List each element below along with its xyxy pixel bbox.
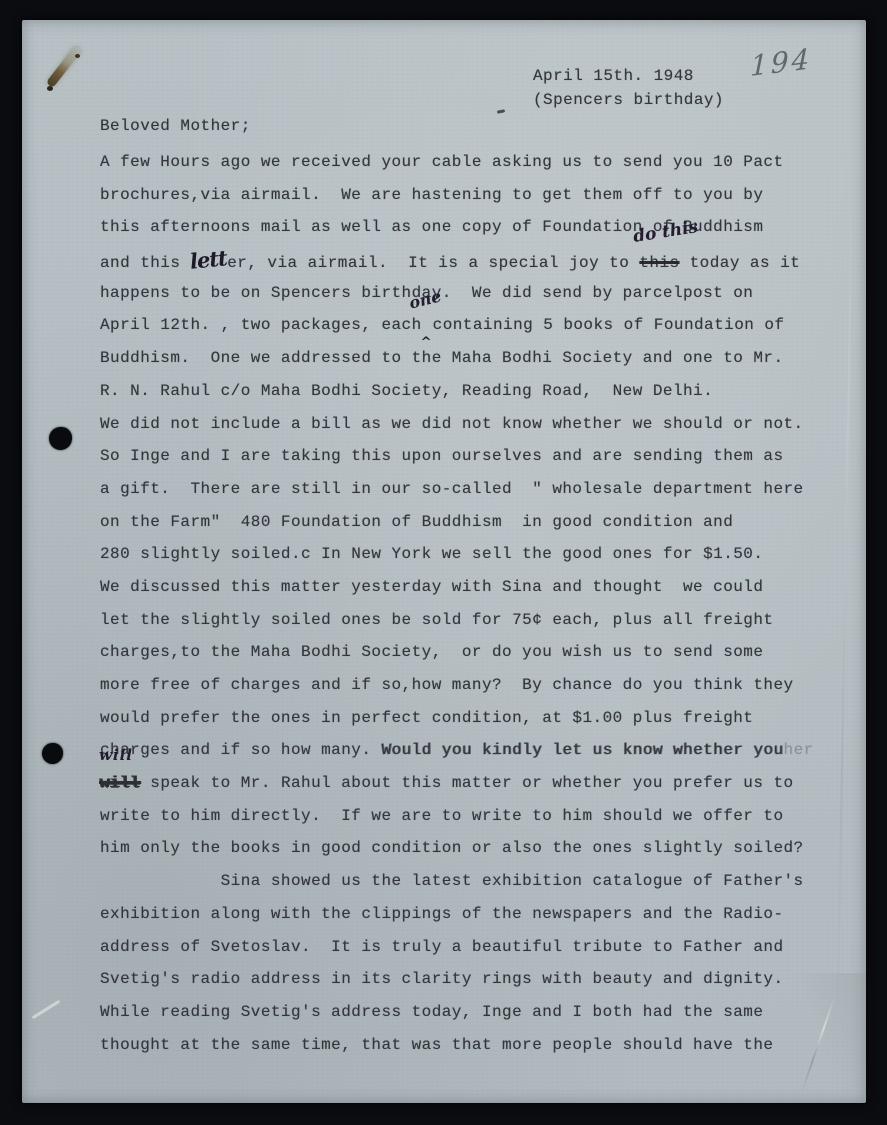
date-block: April 15th. 1948 (Spencers birthday): [533, 64, 724, 112]
page-number: 194: [750, 42, 813, 83]
letter-line: brochures,via airmail. We are hastening …: [100, 179, 814, 212]
letter-line: address of Svetoslav. It is truly a beau…: [100, 931, 814, 964]
letter-line: We discussed this matter yesterday with …: [100, 571, 814, 604]
letter-line: and this letter, via airmail. It is a sp…: [100, 244, 814, 277]
letter-line: Buddhism. One we addressed to the Maha B…: [100, 342, 814, 375]
letter-line: April 12th. , two packages, each^onecont…: [100, 309, 814, 342]
letter-line: him only the books in good condition or …: [100, 832, 814, 865]
letter-line: this afternoons mail as well as one copy…: [100, 211, 814, 244]
letter-line: exhibition along with the clippings of t…: [100, 898, 814, 931]
date-note: (Spencers birthday): [533, 88, 724, 112]
smudged-typed-segment: Would you kindly let us know whether you: [381, 741, 783, 759]
typed-segment: charges and if so how many.: [100, 741, 381, 759]
letter-paper: 194 April 15th. 1948 (Spencers birthday)…: [22, 20, 866, 1103]
letter-line: a gift. There are still in our so-called…: [100, 473, 814, 506]
typed-segment: er, via airmail. It is a special joy to: [227, 254, 639, 272]
letter-line: charges,to the Maha Bodhi Society, or do…: [100, 636, 814, 669]
letter-line: happens to be on Spencers birthday. We d…: [100, 277, 814, 310]
typed-segment: containing 5 books of Foundation of: [433, 316, 785, 334]
scratch-mark: [32, 1000, 61, 1020]
struck-word: this: [639, 254, 679, 272]
letter-line: willwill speak to Mr. Rahul about this m…: [100, 767, 814, 800]
letter-line: A few Hours ago we received your cable a…: [100, 146, 814, 179]
letter-line: Sina showed us the latest exhibition cat…: [100, 865, 814, 898]
letter-line: more free of charges and if so,how many?…: [100, 669, 814, 702]
salutation: Beloved Mother;: [100, 116, 251, 136]
typed-segment: today as it: [680, 254, 801, 272]
letter-body: A few Hours ago we received your cable a…: [100, 146, 814, 1061]
letter-line: 280 slightly soiled.c In New York we sel…: [100, 538, 814, 571]
letter-line: on the Farm" 480 Foundation of Buddhism …: [100, 506, 814, 539]
hole-punch: [49, 427, 72, 450]
date-line: April 15th. 1948: [533, 64, 724, 88]
letter-line: write to him directly. If we are to writ…: [100, 800, 814, 833]
handwritten-correction: will: [99, 748, 133, 763]
letter-line: charges and if so how many. Would you ki…: [100, 734, 814, 767]
letter-line: R. N. Rahul c/o Maha Bodhi Society, Read…: [100, 375, 814, 408]
ghost-typed-segment: her: [784, 741, 814, 759]
stain-mark: [46, 45, 83, 88]
letter-line: thought at the same time, that was that …: [100, 1029, 814, 1062]
hole-punch: [42, 743, 63, 764]
typed-segment: April 12th. , two packages, each: [100, 316, 422, 334]
letter-line: would prefer the ones in perfect conditi…: [100, 702, 814, 735]
scanned-letter-page: 194 April 15th. 1948 (Spencers birthday)…: [0, 0, 887, 1125]
ink-speck: [75, 54, 80, 58]
letter-line: Svetig's radio address in its clarity ri…: [100, 963, 814, 996]
typed-segment: speak to Mr. Rahul about this matter or …: [140, 774, 793, 792]
ink-speck: [47, 86, 53, 91]
crease-line: [837, 170, 854, 1020]
caret-mark: ^: [421, 327, 432, 360]
ink-speck: [497, 109, 505, 114]
handwritten-correction: lett: [189, 242, 229, 278]
handwritten-insertion: one: [407, 289, 442, 312]
letter-line: let the slightly soiled ones be sold for…: [100, 604, 814, 637]
struck-word: will: [100, 774, 140, 792]
letter-line: We did not include a bill as we did not …: [100, 408, 814, 441]
letter-line: While reading Svetig's address today, In…: [100, 996, 814, 1029]
letter-line: So Inge and I are taking this upon ourse…: [100, 440, 814, 473]
typed-segment: and this: [100, 254, 190, 272]
